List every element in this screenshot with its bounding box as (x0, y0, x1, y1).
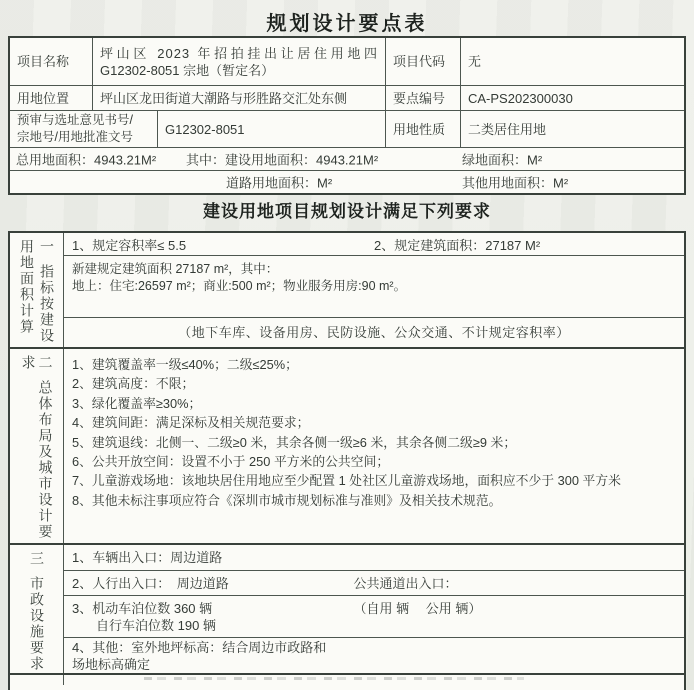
other-line1: 4、其他：室外地坪标高：结合周边市政路和 (72, 639, 684, 656)
list-item: 6、公共开放空间：设置不小于 250 平方米的公共空间； (72, 452, 676, 471)
plot-ratio-item: 1、规定容积率≤ 5.5 (72, 235, 186, 254)
section-layout-label: 二总体布局及城市设计要求 (10, 349, 64, 543)
section-municipal-label: 三市政设施要求 (10, 545, 64, 673)
project-code-label: 项目代码 (385, 38, 460, 85)
pedestrian-entrance: 2、人行出入口： 周边道路 (72, 576, 229, 591)
section-layout-urban-design: 二总体布局及城市设计要求 1、建筑覆盖率一级≤40%；二级≤25%； 2、建筑高… (10, 347, 684, 543)
parking-row: 3、机动车泊位数 360 辆 （自用 辆 公用 辆） 自行车泊位数 190 辆 (64, 595, 684, 637)
gfa-detail-line1: 新建规定建筑面积 27187 m²，其中： (72, 261, 676, 278)
list-item: 7、儿童游戏场地：该地块居住用地应至少配置 1 处社区儿童游戏场地，面积应不少于… (72, 471, 676, 490)
list-item: 8、其他未标注事项应符合《深圳市城市规划标准与准则》及相关技术规范。 (72, 491, 676, 510)
area-row-2: 道路用地面积：M² 其他用地面积：M² (10, 170, 684, 193)
approval-value: G12302-8051 (157, 111, 385, 147)
section-indicators: 用地面积计算 一指标按建设 1、规定容积率≤ 5.5 2、规定建筑面积：2718… (10, 233, 684, 347)
other-requirements-row: 4、其他：室外地坪标高：结合周边市政路和 场地标高确定 (64, 637, 684, 673)
project-name-label: 项目名称 (10, 38, 92, 85)
gfa-detail-line2: 地上：住宅:26597 m²；商业:500 m²；物业服务用房:90 m²。 (72, 278, 676, 295)
table-row: 用地位置 坪山区龙田街道大潮路与形胜路交汇处东侧 要点编号 CA-PS20230… (10, 85, 684, 110)
table-row: 预审与选址意见书号/ 宗地号/用地批准文号 G12302-8051 用地性质 二… (10, 110, 684, 147)
bicycle-parking: 自行车泊位数 190 辆 (72, 617, 684, 634)
section-cut-off-label (10, 675, 64, 685)
gfa-detail-row: 新建规定建筑面积 27187 m²，其中： 地上：住宅:26597 m²；商业:… (64, 256, 684, 318)
pedestrian-entrance-line: 2、人行出入口： 周边道路 公共通道出入口： (72, 575, 684, 592)
motor-parking-line: 3、机动车泊位数 360 辆 （自用 辆 公用 辆） (72, 600, 684, 617)
construction-area: 其中：建设用地面积：4943.21M² (186, 150, 378, 169)
parking-ownership-note: （自用 辆 公用 辆） (354, 600, 482, 617)
cut-off-text (144, 677, 524, 680)
project-info-table: 项目名称 坪山区 2023 年招拍挂出让居住用地四 G12302-8051 宗地… (8, 36, 686, 195)
requirements-heading: 建设用地项目规划设计满足下列要求 (0, 197, 694, 222)
area-row-1: 总用地面积：4943.21M² 其中：建设用地面积：4943.21M² 绿地面积… (10, 147, 684, 170)
approval-label-line2: 宗地号/用地批准文号 (17, 129, 150, 146)
section-cut-off (10, 673, 684, 685)
keypoint-no-value: CA-PS202300030 (460, 86, 684, 110)
other-area: 其他用地面积：M² (462, 173, 568, 192)
section-indicators-label: 用地面积计算 一指标按建设 (10, 233, 64, 347)
project-code-value: 无 (460, 38, 684, 85)
green-area: 绿地面积：M² (462, 150, 542, 169)
land-use-value: 二类居住用地 (460, 111, 684, 147)
list-item: 2、建筑高度：不限； (72, 374, 676, 393)
section-layout-content: 1、建筑覆盖率一级≤40%；二级≤25%； 2、建筑高度：不限； 3、绿化覆盖率… (64, 349, 684, 543)
project-name-value: 坪山区 2023 年招拍挂出让居住用地四 G12302-8051 宗地（暂定名） (92, 38, 385, 85)
section-number: 三 (29, 551, 45, 567)
list-item: 1、建筑覆盖率一级≤40%；二级≤25%； (72, 355, 676, 374)
table-row: 项目名称 坪山区 2023 年招拍挂出让居住用地四 G12302-8051 宗地… (10, 38, 684, 85)
project-name-line1: 坪山区 2023 年招拍挂出让居住用地四 (100, 45, 378, 62)
project-name-line2: G12302-8051 宗地（暂定名） (100, 62, 378, 79)
section-indicators-label-col-left: 用地面积计算 (18, 239, 35, 347)
list-item: 3、绿化覆盖率≥30%； (72, 394, 676, 413)
approval-label-line1: 预审与选址意见书号/ (17, 112, 150, 129)
section-number: 二 (38, 355, 54, 371)
requirements-table: 用地面积计算 一指标按建设 1、规定容积率≤ 5.5 2、规定建筑面积：2718… (8, 231, 686, 690)
location-value: 坪山区龙田街道大潮路与形胜路交汇处东侧 (92, 86, 385, 110)
far-and-gfa-row: 1、规定容积率≤ 5.5 2、规定建筑面积：27187 M² (64, 233, 684, 256)
section-label-text: 总体布局及城市设计要求 (21, 355, 54, 540)
section-cut-off-content (64, 675, 684, 685)
section-label-text: 指标按建设 (39, 264, 55, 344)
list-item: 5、建筑退线：北侧一、二级≥0 米，其余各侧一级≥6 米，其余各侧二级≥9 米； (72, 433, 676, 452)
section-municipal-label-text: 三市政设施要求 (28, 551, 45, 673)
other-line2: 场地标高确定 (72, 656, 684, 673)
road-area: 道路用地面积：M² (226, 173, 332, 192)
list-item: 4、建筑间距：满足深标及相关规范要求； (72, 413, 676, 432)
section-municipal-facilities: 三市政设施要求 1、车辆出入口：周边道路 2、人行出入口： 周边道路 公共通道出… (10, 543, 684, 673)
section-label-text: 市政设施要求 (29, 576, 45, 672)
vehicle-entrance: 1、车辆出入口：周边道路 (72, 549, 684, 566)
layout-requirement-list: 1、建筑覆盖率一级≤40%；二级≤25%； 2、建筑高度：不限； 3、绿化覆盖率… (64, 349, 684, 516)
section-indicators-content: 1、规定容积率≤ 5.5 2、规定建筑面积：27187 M² 新建规定建筑面积 … (64, 233, 684, 347)
far-exclusion-note: （地下车库、设备用房、民防设施、公众交通、不计规定容积率） (64, 318, 684, 345)
section-indicators-label-col-right: 一指标按建设 (38, 239, 55, 347)
section-municipal-content: 1、车辆出入口：周边道路 2、人行出入口： 周边道路 公共通道出入口： 3、机动… (64, 545, 684, 673)
page-title: 规划设计要点表 (0, 7, 694, 36)
motor-parking: 3、机动车泊位数 360 辆 (72, 601, 212, 616)
public-passage-entrance: 公共通道出入口： (354, 575, 458, 592)
keypoint-no-label: 要点编号 (385, 86, 460, 110)
approval-label: 预审与选址意见书号/ 宗地号/用地批准文号 (10, 111, 157, 147)
vehicle-entrance-row: 1、车辆出入口：周边道路 (64, 545, 684, 570)
section-layout-label-text: 二总体布局及城市设计要求 (20, 355, 54, 543)
pedestrian-entrance-row: 2、人行出入口： 周边道路 公共通道出入口： (64, 570, 684, 595)
gfa-item: 2、规定建筑面积：27187 M² (374, 235, 540, 254)
location-label: 用地位置 (10, 86, 92, 110)
land-use-label: 用地性质 (385, 111, 460, 147)
section-number: 一 (39, 239, 55, 255)
total-area: 总用地面积：4943.21M² (16, 150, 156, 169)
